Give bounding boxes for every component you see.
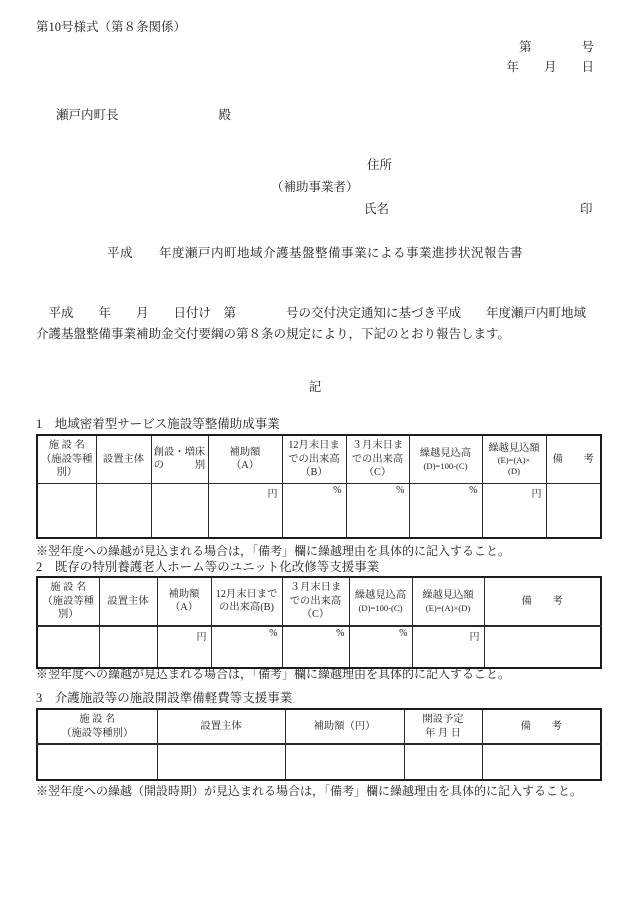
t1-header-operator: 設置主体 — [96, 435, 151, 483]
section3-note: ※翌年度への繰越（開設時期）が見込まれる場合は，「備考」欄に繰越理由を具体的に記… — [36, 782, 582, 799]
t2-carryover-amount-label: 繰越見込額 — [422, 590, 473, 601]
table2-entry-row: 円 % % % 円 — [37, 626, 601, 668]
t1-header-carryover-amount: 繰越見込額(E)=(A)× (D) — [482, 435, 546, 483]
document-title: 平成 年度瀬戸内町地域介護基盤整備事業による事業進捗状況報告書 — [0, 246, 630, 261]
section1-title: 1 地域密着型サービス施設等整備助成事業 — [36, 417, 280, 432]
seal-label: 印 — [580, 202, 593, 217]
table2-header-row: 施 設 名 （施設等種 別） 設置主体 補助額 （A） 12月末日まで の出来高… — [37, 577, 601, 626]
t1-carryover-amount-label: 繰越見込額 — [488, 443, 539, 454]
t3-header-open-date: 開設予定 年 月 日 — [404, 709, 482, 744]
t2-carryover-rate-label: 繰越見込高 — [355, 590, 406, 601]
t2-header-operator: 設置主体 — [99, 577, 157, 626]
section2-note: ※翌年度への繰越が見込まれる場合は，「備考」欄に繰越理由を具体的に記入すること。 — [36, 665, 510, 682]
t1-carryover-rate-label: 繰越見込高 — [420, 448, 471, 459]
t3-header-subsidy: 補助額（円） — [285, 709, 404, 744]
document-page: 第10号様式（第８条関係） 第 号 年 月 日 瀬戸内町長 殿 住所 （補助事業… — [0, 0, 630, 915]
table3-header-row: 施 設 名 （施設等種別） 設置主体 補助額（円） 開設予定 年 月 日 備 考 — [37, 709, 601, 744]
t1-cell-remarks — [546, 483, 601, 538]
t2-carryover-amount-formula: (E)=(A)×(D) — [414, 603, 483, 614]
t1-cell-progress-mar: % — [346, 483, 409, 538]
t2-cell-progress-dec: % — [211, 626, 282, 668]
name-label: 氏名 — [364, 202, 389, 217]
doc-number-line: 第 号 — [519, 40, 594, 55]
t2-carryover-rate-formula: (D)=100-(C) — [351, 603, 411, 614]
address-label: 住所 — [367, 158, 392, 173]
t1-header-carryover-rate: 繰越見込高(D)=100-(C) — [409, 435, 482, 483]
body-paragraph-line2: 介護基盤整備事業補助金交付要綱の第８条の規定により，下記のとおり報告します。 — [36, 327, 510, 342]
subsidized-party-label: （補助事業者） — [271, 180, 359, 195]
date-line: 年 月 日 — [506, 60, 594, 75]
t1-cell-subsidy: 円 — [208, 483, 282, 538]
t1-header-subsidy: 補助額 （A） — [208, 435, 282, 483]
t3-cell-open-date — [404, 744, 482, 780]
section3-title: 3 介護施設等の施設開設準備軽費等支援事業 — [36, 691, 292, 706]
t2-cell-remarks — [484, 626, 601, 668]
table3-entry-row — [37, 744, 601, 780]
t1-carryover-amount-formula: (E)=(A)× (D) — [484, 455, 545, 476]
ki-marker: 記 — [0, 380, 630, 395]
table-section1: 施 設 名 （施設等種 別） 設置主体 創設・増床 の 別 補助額 （A） 12… — [36, 434, 602, 539]
t1-cell-progress-dec: % — [282, 483, 346, 538]
t1-cell-facility — [37, 483, 96, 538]
t1-carryover-rate-formula: (D)=100-(C) — [411, 461, 481, 472]
t2-cell-operator — [99, 626, 157, 668]
t1-header-progress-dec: 12月末日ま での出来高 （B） — [282, 435, 346, 483]
section1-note: ※翌年度への繰越が見込まれる場合は，「備考」欄に繰越理由を具体的に記入すること。 — [36, 542, 510, 559]
t2-header-carryover-amount: 繰越見込額(E)=(A)×(D) — [412, 577, 484, 626]
section2-title: 2 既存の特別養護老人ホーム等のユニット化改修等支援事業 — [36, 560, 379, 575]
table-section2: 施 設 名 （施設等種 別） 設置主体 補助額 （A） 12月末日まで の出来高… — [36, 576, 602, 669]
t3-header-facility: 施 設 名 （施設等種別） — [37, 709, 157, 744]
t3-header-operator: 設置主体 — [157, 709, 285, 744]
t2-header-subsidy: 補助額 （A） — [157, 577, 211, 626]
t2-cell-carryover-amount: 円 — [412, 626, 484, 668]
t3-cell-operator — [157, 744, 285, 780]
form-number: 第10号様式（第８条関係） — [36, 20, 186, 35]
table1-header-row: 施 設 名 （施設等種 別） 設置主体 創設・増床 の 別 補助額 （A） 12… — [37, 435, 601, 483]
t2-cell-progress-mar: % — [282, 626, 349, 668]
table-section3: 施 設 名 （施設等種別） 設置主体 補助額（円） 開設予定 年 月 日 備 考 — [36, 708, 602, 781]
t2-header-progress-dec: 12月末日まで の出来高(B) — [211, 577, 282, 626]
t1-header-establish-type: 創設・増床 の 別 — [151, 435, 208, 483]
t1-header-progress-mar: ３月末日ま での出来高 （C） — [346, 435, 409, 483]
body-paragraph-line1: 平成 年 月 日付け 第 号の交付決定通知に基づき平成 年度瀬戸内町地域 — [36, 306, 586, 321]
t2-header-facility: 施 設 名 （施設等種 別） — [37, 577, 99, 626]
t1-cell-carryover-amount: 円 — [482, 483, 546, 538]
t1-cell-operator — [96, 483, 151, 538]
t2-cell-facility — [37, 626, 99, 668]
t1-header-remarks: 備 考 — [546, 435, 601, 483]
table1-entry-row: 円 % % % 円 — [37, 483, 601, 538]
t3-header-remarks: 備 考 — [482, 709, 601, 744]
t2-header-carryover-rate: 繰越見込高(D)=100-(C) — [349, 577, 412, 626]
t1-cell-establish-type — [151, 483, 208, 538]
t1-header-facility: 施 設 名 （施設等種 別） — [37, 435, 96, 483]
t3-cell-facility — [37, 744, 157, 780]
t2-cell-subsidy: 円 — [157, 626, 211, 668]
t2-cell-carryover-rate: % — [349, 626, 412, 668]
t2-header-remarks: 備 考 — [484, 577, 601, 626]
t1-cell-carryover-rate: % — [409, 483, 482, 538]
recipient-line: 瀬戸内町長 殿 — [56, 108, 231, 123]
t2-header-progress-mar: ３月末日ま での出来高 （C） — [282, 577, 349, 626]
t3-cell-remarks — [482, 744, 601, 780]
t3-cell-subsidy — [285, 744, 404, 780]
